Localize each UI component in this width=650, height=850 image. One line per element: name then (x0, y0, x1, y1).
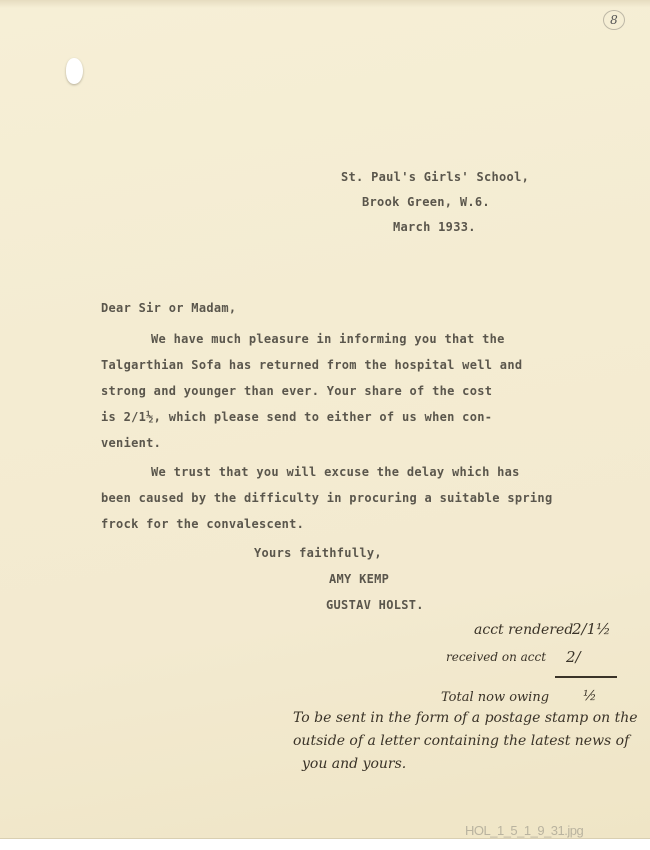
body-line: is 2/1½, which please send to either of … (101, 410, 492, 424)
punch-hole (66, 58, 83, 84)
valediction: Yours faithfully, (254, 546, 382, 560)
address-line-1: St. Paul's Girls' School, (341, 170, 529, 184)
paper-top-edge (0, 0, 650, 8)
received-label: received on acct (446, 650, 546, 664)
signatory-amy-kemp: AMY KEMP (329, 572, 389, 586)
handwritten-note-line: you and yours. (302, 756, 406, 772)
received-value: 2/ (566, 648, 581, 666)
letter-page: 8 St. Paul's Girls' School, Brook Green,… (0, 0, 650, 839)
address-line-2: Brook Green, W.6. (362, 195, 490, 209)
body-line: We trust that you will excuse the delay … (151, 465, 520, 479)
salutation: Dear Sir or Madam, (101, 301, 236, 315)
sum-underline (555, 676, 617, 678)
handwritten-note-line: outside of a letter containing the lates… (293, 733, 629, 749)
body-line: frock for the convalescent. (101, 517, 304, 531)
total-owing-value: ½ (583, 688, 597, 704)
body-line: been caused by the difficulty in procuri… (101, 491, 552, 505)
body-line: venient. (101, 436, 161, 450)
body-line: Talgarthian Sofa has returned from the h… (101, 358, 522, 372)
body-line: strong and younger than ever. Your share… (101, 384, 492, 398)
letter-date: March 1933. (393, 220, 476, 234)
image-filename-watermark: HOL_1_5_1_9_31.jpg (465, 823, 583, 838)
acct-rendered-label: acct rendered (474, 622, 573, 638)
total-owing-label: Total now owing (441, 690, 549, 705)
handwritten-note-line: To be sent in the form of a postage stam… (293, 710, 638, 726)
signatory-gustav-holst: GUSTAV HOLST. (326, 598, 424, 612)
body-line: We have much pleasure in informing you t… (151, 332, 505, 346)
acct-rendered-value: 2/1½ (572, 620, 611, 638)
page-number-mark: 8 (603, 10, 625, 30)
